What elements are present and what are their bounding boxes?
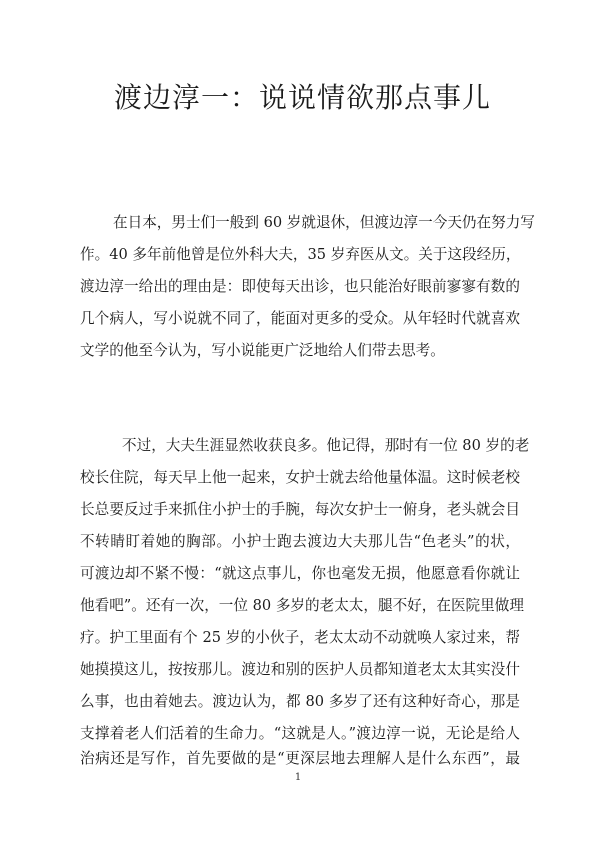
paragraph-line: 治病还是写作，首先要做的是“更深层地去理解人是什么东西”，最 bbox=[80, 749, 520, 769]
paragraph-line: 长总要反过手来抓住小护士的手腕，每次女护士一俯身，老头就会目 bbox=[80, 500, 520, 520]
paragraph-line: 支撑着老人们活着的生命力。“这就是人。”渡边淳一说，无论是给人 bbox=[80, 724, 520, 744]
paragraph-line: 疗。护工里面有个 25 岁的小伙子，老太太动不动就唤人家过来，帮 bbox=[80, 628, 520, 648]
paragraph-line: 可渡边却不紧不慢：“就这点事儿，你也毫发无损，他愿意看你就让 bbox=[80, 564, 520, 584]
paragraph-line: 渡边淳一给出的理由是：即使每天出诊，也只能治好眼前寥寥有数的 bbox=[80, 277, 520, 297]
paragraph-line: 么事，也由着她去。渡边认为，都 80 多岁了还有这种好奇心，那是 bbox=[80, 692, 520, 712]
document-title: 渡边淳一：说说情欲那点事儿 bbox=[114, 80, 491, 116]
page-number: 1 bbox=[290, 772, 306, 784]
paragraph-line: 文学的他至今认为，写小说能更广泛地给人们带去思考。 bbox=[80, 341, 520, 361]
paragraph-line: 她摸摸这儿，按按那儿。渡边和别的医护人员都知道老太太其实没什 bbox=[80, 660, 520, 680]
paragraph-line: 不转睛盯着她的胸部。小护士跑去渡边大夫那儿告“色老头”的状， bbox=[80, 532, 520, 552]
paragraph-line: 不过，大夫生涯显然收获良多。他记得，那时有一位 80 岁的老 bbox=[122, 436, 520, 456]
paragraph-line: 校长住院，每天早上他一起来，女护士就去给他量体温。这时候老校 bbox=[80, 468, 520, 488]
paragraph-line: 他看吧”。还有一次，一位 80 多岁的老太太，腿不好，在医院里做理 bbox=[80, 596, 520, 616]
document-page: 渡边淳一：说说情欲那点事儿 在日本，男士们一般到 60 岁就退休，但渡边淳一今天… bbox=[0, 0, 596, 842]
paragraph-line: 作。40 多年前他曾是位外科大夫，35 岁弃医从文。关于这段经历， bbox=[80, 245, 520, 265]
paragraph-line: 几个病人，写小说就不同了，能面对更多的受众。从年轻时代就喜欢 bbox=[80, 309, 520, 329]
paragraph-line: 在日本，男士们一般到 60 岁就退休，但渡边淳一今天仍在努力写 bbox=[113, 213, 520, 233]
